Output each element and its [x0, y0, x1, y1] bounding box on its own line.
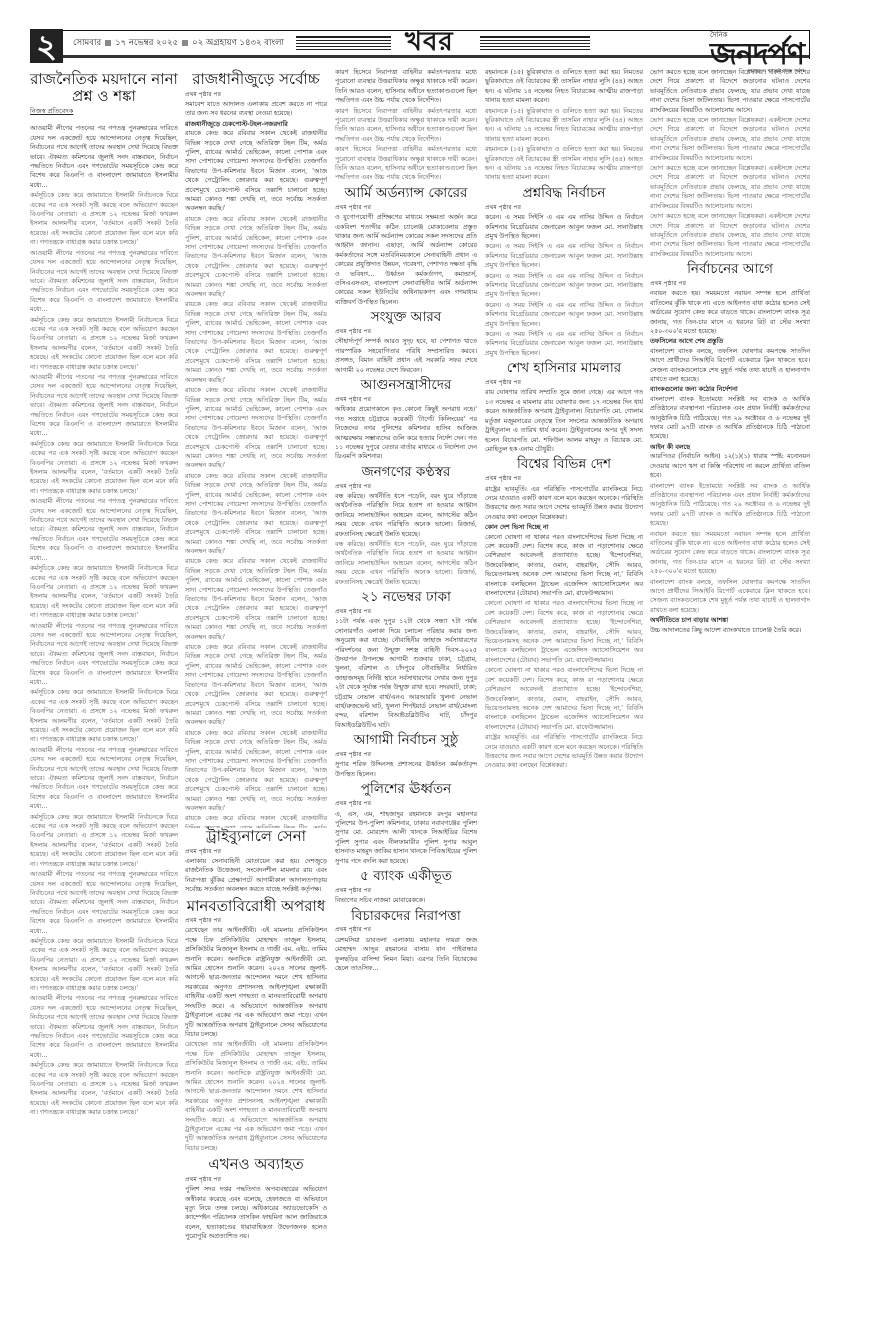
article-body: এ, এস, এম, শাহজাদুর রহমানকে রংপুর মহানগর…	[335, 810, 477, 866]
article-body-continued: কর্মসূচিকে কেন্দ্র করে জামায়াতে ইসলামী …	[30, 813, 178, 869]
article-body-continued: কর্মসূচিকে কেন্দ্র করে জামায়াতে ইসলামী …	[30, 1061, 178, 1117]
separator-square-icon	[182, 40, 188, 46]
headline: রাজধানীজুড়ে সর্বোচ্চ	[185, 71, 327, 88]
column-4: রহমানকে (১৫) ছুরিকাঘাত ও গুলিতে হত্যা কর…	[485, 68, 643, 1323]
article-body-continued: ভোগ করতে হচ্ছে বলে জানাচ্ছেন বিশ্লেষকরা।…	[650, 164, 810, 211]
article-body-continued: বাংলাদেশ ব্যাংক বলছে, তফসিল ঘোষণার কমপক্…	[650, 578, 810, 616]
article-body-continued: বন্ধ করিছে। অর্থনীতি ধসে পড়েনি, বরং ঘুর…	[335, 540, 477, 587]
decorative-rules	[296, 36, 391, 50]
article-body: পুলিশ সদর দপ্তর পদ্ধতিগত অপব্যবহারের অভি…	[185, 1185, 327, 1241]
article-body-continued: রেখেছেন তার আইনজীবী। এই মামলায় প্রসিকিউ…	[185, 1040, 327, 1153]
article-body-continued: করেন। এ সময় সিইসি এ এম এম নাসির উদ্দিন …	[485, 330, 643, 358]
article-body: আওয়ামী লীগের পতনের পর গণতন্ত্র পুনরুদ্ধ…	[30, 124, 178, 190]
article-body-continued: রহমানকে (১৫) ছুরিকাঘাত ও গুলিতে হত্যা কর…	[485, 107, 643, 145]
article-body: রহমানকে (১৫) ছুরিকাঘাত ও গুলিতে হত্যা কর…	[485, 68, 643, 106]
article-body: ১১টা পর্যন্ত এবং দুপুর ১২টা থেকে সন্ধ্যা…	[335, 617, 477, 730]
headline: বিচারকদের নিরাপত্তা	[335, 909, 477, 924]
article-body-continued: কর্মসূচিকে কেন্দ্র করে জামায়াতে ইসলামী …	[30, 937, 178, 993]
subheading: কোন দেশ ভিসা দিচ্ছে না	[485, 523, 643, 532]
separator-square-icon	[105, 40, 111, 46]
headline: মানবতাবিরোধী অপরাধ	[185, 898, 327, 915]
article-body-continued: করেন। এ সময় সিইসি এ এম এম নাসির উদ্দিন …	[485, 242, 643, 270]
article-body: আরপিওর (নির্বাচনি আইন) ১২(১)(১) ধারায় স…	[650, 452, 810, 480]
continuation-label: প্রথম পৃষ্ঠার পর	[335, 203, 477, 212]
article-body-continued: রায়কে কেন্দ্র করে রবিবার সকাল থেকেই রাজ…	[185, 300, 327, 385]
article-body-continued: রায়কে কেন্দ্র করে রবিবার সকাল থেকেই রাজ…	[185, 643, 327, 728]
continuation-label: প্রথম পৃষ্ঠার পর	[335, 886, 477, 895]
headline: প্রশ্নবিদ্ধ নির্বাচন	[485, 186, 643, 201]
weekday: সোমবার	[73, 36, 101, 50]
article-body-continued: রায়কে কেন্দ্র করে রবিবার সকাল থেকেই রাজ…	[185, 472, 327, 557]
article-body-continued: রায়কে কেন্দ্র করে রবিবার সকাল থেকেই রাজ…	[185, 557, 327, 642]
headline: শেখ হাসিনার মামলার	[485, 361, 643, 376]
continuation-label: প্রথম পৃষ্ঠার পর	[185, 90, 327, 99]
article-body-continued: আওয়ামী লীগের পতনের পর গণতন্ত্র পুনরুদ্ধ…	[30, 497, 178, 563]
continuation-label: প্রথম পৃষ্ঠার পর	[485, 474, 643, 483]
headline: বিশ্বের বিভিন্ন দেশ	[485, 457, 643, 472]
continuation-label: প্রথম পৃষ্ঠার পর	[335, 925, 477, 934]
continuation-label: প্রথম পৃষ্ঠার পর	[650, 279, 810, 288]
article-body: ভোগ করতে হচ্ছে বলে জানাচ্ছেন বিশ্লেষকরা।…	[650, 68, 810, 115]
subheading: ব্যাংকগুলোর জন্য কঠোর নির্দেশনা	[650, 385, 810, 394]
headline: আর্মি অর্ডন্যান্স কোরের	[335, 186, 477, 201]
article-body: করেন। এ সময় সিইসি এ এম এম নাসির উদ্দিন …	[485, 213, 643, 241]
article-body-continued: আওয়ামী লীগের পতনের পর গণতন্ত্র পুনরুদ্ধ…	[30, 249, 178, 315]
continuation-label: প্রথম পৃষ্ঠার পর	[185, 1175, 327, 1184]
decorative-rules	[480, 36, 590, 50]
article-body-continued: আওয়ামী লীগের পতনের পর গণতন্ত্র পুনরুদ্ধ…	[30, 746, 178, 812]
subheading: রাজধানীজুড়ে চেকপোস্ট-টহল-নজরদারি	[185, 120, 327, 129]
newspaper-page: ২ সোমবার ১৭ নভেম্বর ২০২৫ ০২ অগ্রহায়ণ ১৪…	[30, 30, 810, 1325]
article-body-continued: কোনো ঘোষণা না থাকার পরও বাংলাদেশিদের ভিস…	[485, 666, 643, 732]
continuation-label: প্রথম পৃষ্ঠার পর	[335, 607, 477, 616]
column-5: ভোগ করতে হচ্ছে বলে জানাচ্ছেন বিশ্লেষকরা।…	[650, 68, 810, 1323]
article-body: কারণ হিসেবে নিরাপত্তা বাহিনীর কর্মতৎপরতা…	[335, 68, 477, 106]
article-body: সৌহার্দ্যপূর্ণ সম্পর্ক আরও সুদৃঢ় হবে, য…	[335, 337, 477, 375]
article-body: রায়কে কেন্দ্র করে রবিবার সকাল থেকেই রাজ…	[185, 129, 327, 214]
headline: পুলিশের ঊর্ধ্বতন	[335, 782, 477, 797]
article-body-continued: করেন। এ সময় সিইসি এ এম এম নাসির উদ্দিন …	[485, 301, 643, 329]
article-body: ও যুগোপযোগী প্রশিক্ষণের মাধ্যমে সক্ষমতা …	[335, 213, 477, 307]
article-body: বিভাগের সচিব নাজমা মোবারেককে।	[335, 896, 477, 905]
column-2-lower: ট্রাইব্যুনালে সেনা প্রথম পৃষ্ঠার পর এলাক…	[185, 825, 327, 1325]
article-body-continued: রহমানকে (১৫) ছুরিকাঘাত ও গুলিতে হত্যা কর…	[485, 145, 643, 183]
article-body-continued: বাংলাদেশ ব্যাংক ইতোমধ্যে সংশ্লিষ্ট সব ব্…	[650, 482, 810, 529]
article-body-continued: আওয়ামী লীগের পতনের পর গণতন্ত্র পুনরুদ্ধ…	[30, 870, 178, 936]
article-body-continued: রাষ্ট্রের ভাবমূর্তি। এর পরিস্থিতি পাসপোর…	[485, 733, 643, 771]
article-body-continued: কর্মসূচিকে কেন্দ্র করে জামায়াতে ইসলামী …	[30, 564, 178, 620]
article-body-continued: ভোগ করতে হচ্ছে বলে জানাচ্ছেন বিশ্লেষকরা।…	[650, 116, 810, 163]
continuation-label: প্রথম পৃষ্ঠার পর	[335, 327, 477, 336]
column-3: কারণ হিসেবে নিরাপত্তা বাহিনীর কর্মতৎপরতা…	[335, 68, 477, 1323]
continuation-label: প্রথম পৃষ্ঠার পর	[185, 847, 327, 856]
headline: রাজনৈতিক ময়দানে নানা প্রশ্ন ও শঙ্কা	[30, 71, 178, 104]
article-body: রায় ঘোষণার তারিখ সম্প্রতি সুমে জানা গেছ…	[485, 388, 643, 454]
article-body: এলাকায় সেনাবাহিনী মোতায়েন করা হয়। দেশ…	[185, 857, 327, 895]
article-body: সমাবেশ যাতে আদালত এলাকায় প্রবেশ করতে না…	[185, 100, 327, 119]
article-body-continued: কর্মসূচিকে কেন্দ্র করে জামায়াতে ইসলামী …	[30, 440, 178, 496]
headline: নির্বাচনের আগে	[650, 262, 810, 277]
article-body-continued: আওয়ামী লীগের পতনের পর গণতন্ত্র পুনরুদ্ধ…	[30, 994, 178, 1060]
continuation-label: প্রথম পৃষ্ঠার পর	[485, 378, 643, 387]
article-body-continued: আওয়ামী লীগের পতনের পর গণতন্ত্র পুনরুদ্ধ…	[30, 373, 178, 439]
article-body-continued: করেন। এ সময় সিইসি এ এম এম নাসির উদ্দিন …	[485, 272, 643, 300]
subheading: আইন কী বলছে	[650, 443, 810, 452]
subheading: অর্থনীতিতে চাপ বাড়ার আশঙ্কা	[650, 616, 810, 625]
article-body: কোনো ঘোষণা না থাকার পরও বাংলাদেশিদের ভিস…	[485, 533, 643, 599]
continuation-label: প্রথম পৃষ্ঠার পর	[335, 395, 477, 404]
headline: সংযুক্ত আরব	[335, 310, 477, 325]
logo-name: জনদর্পণ	[710, 37, 804, 72]
article-body: রাষ্ট্রের ভাবমূর্তি। এর পরিস্থিতি পাসপোর…	[485, 485, 643, 523]
continuation-label: প্রথম পৃষ্ঠার পর	[485, 203, 643, 212]
article-body-continued: নবায়ন করতে হয়। সময়মতো নবায়ন সম্পন্ন …	[650, 530, 810, 577]
headline: আগুনসন্ত্রাসীদের	[335, 378, 477, 393]
headline: আগামী নির্বাচন সুষ্ঠু	[335, 733, 477, 748]
article-body-continued: রায়কে কেন্দ্র করে রবিবার সকাল থেকেই রাজ…	[185, 729, 327, 814]
masthead: ২ সোমবার ১৭ নভেম্বর ২০২৫ ০২ অগ্রহায়ণ ১৪…	[30, 30, 810, 58]
headline: ৫ ব্যাংক একীভূত	[335, 869, 477, 884]
article-body: উচ্চ আদালতের কিছু আদেশ ব্যাংকখাতে চ্যালে…	[650, 626, 810, 635]
article-body: বাংলাদেশ ব্যাংক বলছে, তফসিল ঘোষণার কমপক্…	[650, 347, 810, 385]
article-body-continued: রায়কে কেন্দ্র করে রবিবার সকাল থেকেই রাজ…	[185, 215, 327, 300]
article-body-continued: রায়কে কেন্দ্র করে রবিবার সকাল থেকেই রাজ…	[185, 386, 327, 471]
gregorian-date: ১৭ নভেম্বর ২০২৫	[115, 36, 178, 50]
continuation-label: প্রথম পৃষ্ঠার পর	[185, 916, 327, 925]
column-2: রাজধানীজুড়ে সর্বোচ্চ প্রথম পৃষ্ঠার পর স…	[185, 68, 327, 828]
article-body-continued: কারণ হিসেবে নিরাপত্তা বাহিনীর কর্মতৎপরতা…	[335, 107, 477, 145]
article-body-continued: কর্মসূচিকে কেন্দ্র করে জামায়াতে ইসলামী …	[30, 688, 178, 744]
article-body: সুপার শরিফ উদ্দিনসহ প্রশাসনের ঊর্ধ্বতন ক…	[335, 760, 477, 779]
article-body: বন্ধ করিছে। অর্থনীতি ধসে পড়েনি, বরং ঘুর…	[335, 492, 477, 539]
article-body: বাংলাদেশ ব্যাংক ইতোমধ্যে সংশ্লিষ্ট সব ব্…	[650, 395, 810, 442]
continuation-label: প্রথম পৃষ্ঠার পর	[335, 799, 477, 808]
column-1: রাজনৈতিক ময়দানে নানা প্রশ্ন ও শঙ্কা নিজ…	[30, 68, 178, 1323]
headline: ২১ নভেম্বর ঢাকা	[335, 590, 477, 605]
article-body: রেখেছেন তার আইনজীবী। এই মামলায় প্রসিকিউ…	[185, 926, 327, 1039]
bangla-date: ০২ অগ্রহায়ণ ১৪৩২ বাংলা	[192, 36, 284, 50]
headline: এখনও অব্যাহত	[185, 1156, 327, 1173]
article-body: নবায়ন করতে হয়। সময়মতো নবায়ন সম্পন্ন …	[650, 289, 810, 336]
article-body-continued: ভোগ করতে হচ্ছে বলে জানাচ্ছেন বিশ্লেষকরা।…	[650, 212, 810, 259]
article-body-continued: কর্মসূচিকে কেন্দ্র করে জামায়াতে ইসলামী …	[30, 191, 178, 247]
date-line: সোমবার ১৭ নভেম্বর ২০২৫ ০২ অগ্রহায়ণ ১৪৩২…	[73, 36, 284, 50]
continuation-label: প্রথম পৃষ্ঠার পর	[335, 482, 477, 491]
headline: জনগণের কণ্ঠস্বর	[335, 465, 477, 480]
article-body: অধিকার প্রয়োগকালে কৃত কোনো কিছুই অপরাধ …	[335, 405, 477, 461]
subheading: তফসিলের আগে শেষ প্রস্তুতি	[650, 337, 810, 346]
byline: নিজস্ব প্রতিবেদক	[30, 107, 178, 116]
article-body-continued: কোনো ঘোষণা না থাকার পরও বাংলাদেশিদের ভিস…	[485, 599, 643, 665]
page-number: ২	[30, 29, 63, 63]
article-body: রেশমসিয়া ডাবতলা এলাকায় মহানগর দায়রা জ…	[335, 936, 477, 974]
article-body-continued: কর্মসূচিকে কেন্দ্র করে জামায়াতে ইসলামী …	[30, 316, 178, 372]
article-body-continued: আওয়ামী লীগের পতনের পর গণতন্ত্র পুনরুদ্ধ…	[30, 622, 178, 688]
article-body-continued: কারণ হিসেবে নিরাপত্তা বাহিনীর কর্মতৎপরতা…	[335, 145, 477, 183]
continuation-label: প্রথম পৃষ্ঠার পর	[335, 750, 477, 759]
section-title: খবর	[405, 21, 454, 65]
headline: ট্রাইব্যুনালে সেনা	[185, 828, 327, 845]
